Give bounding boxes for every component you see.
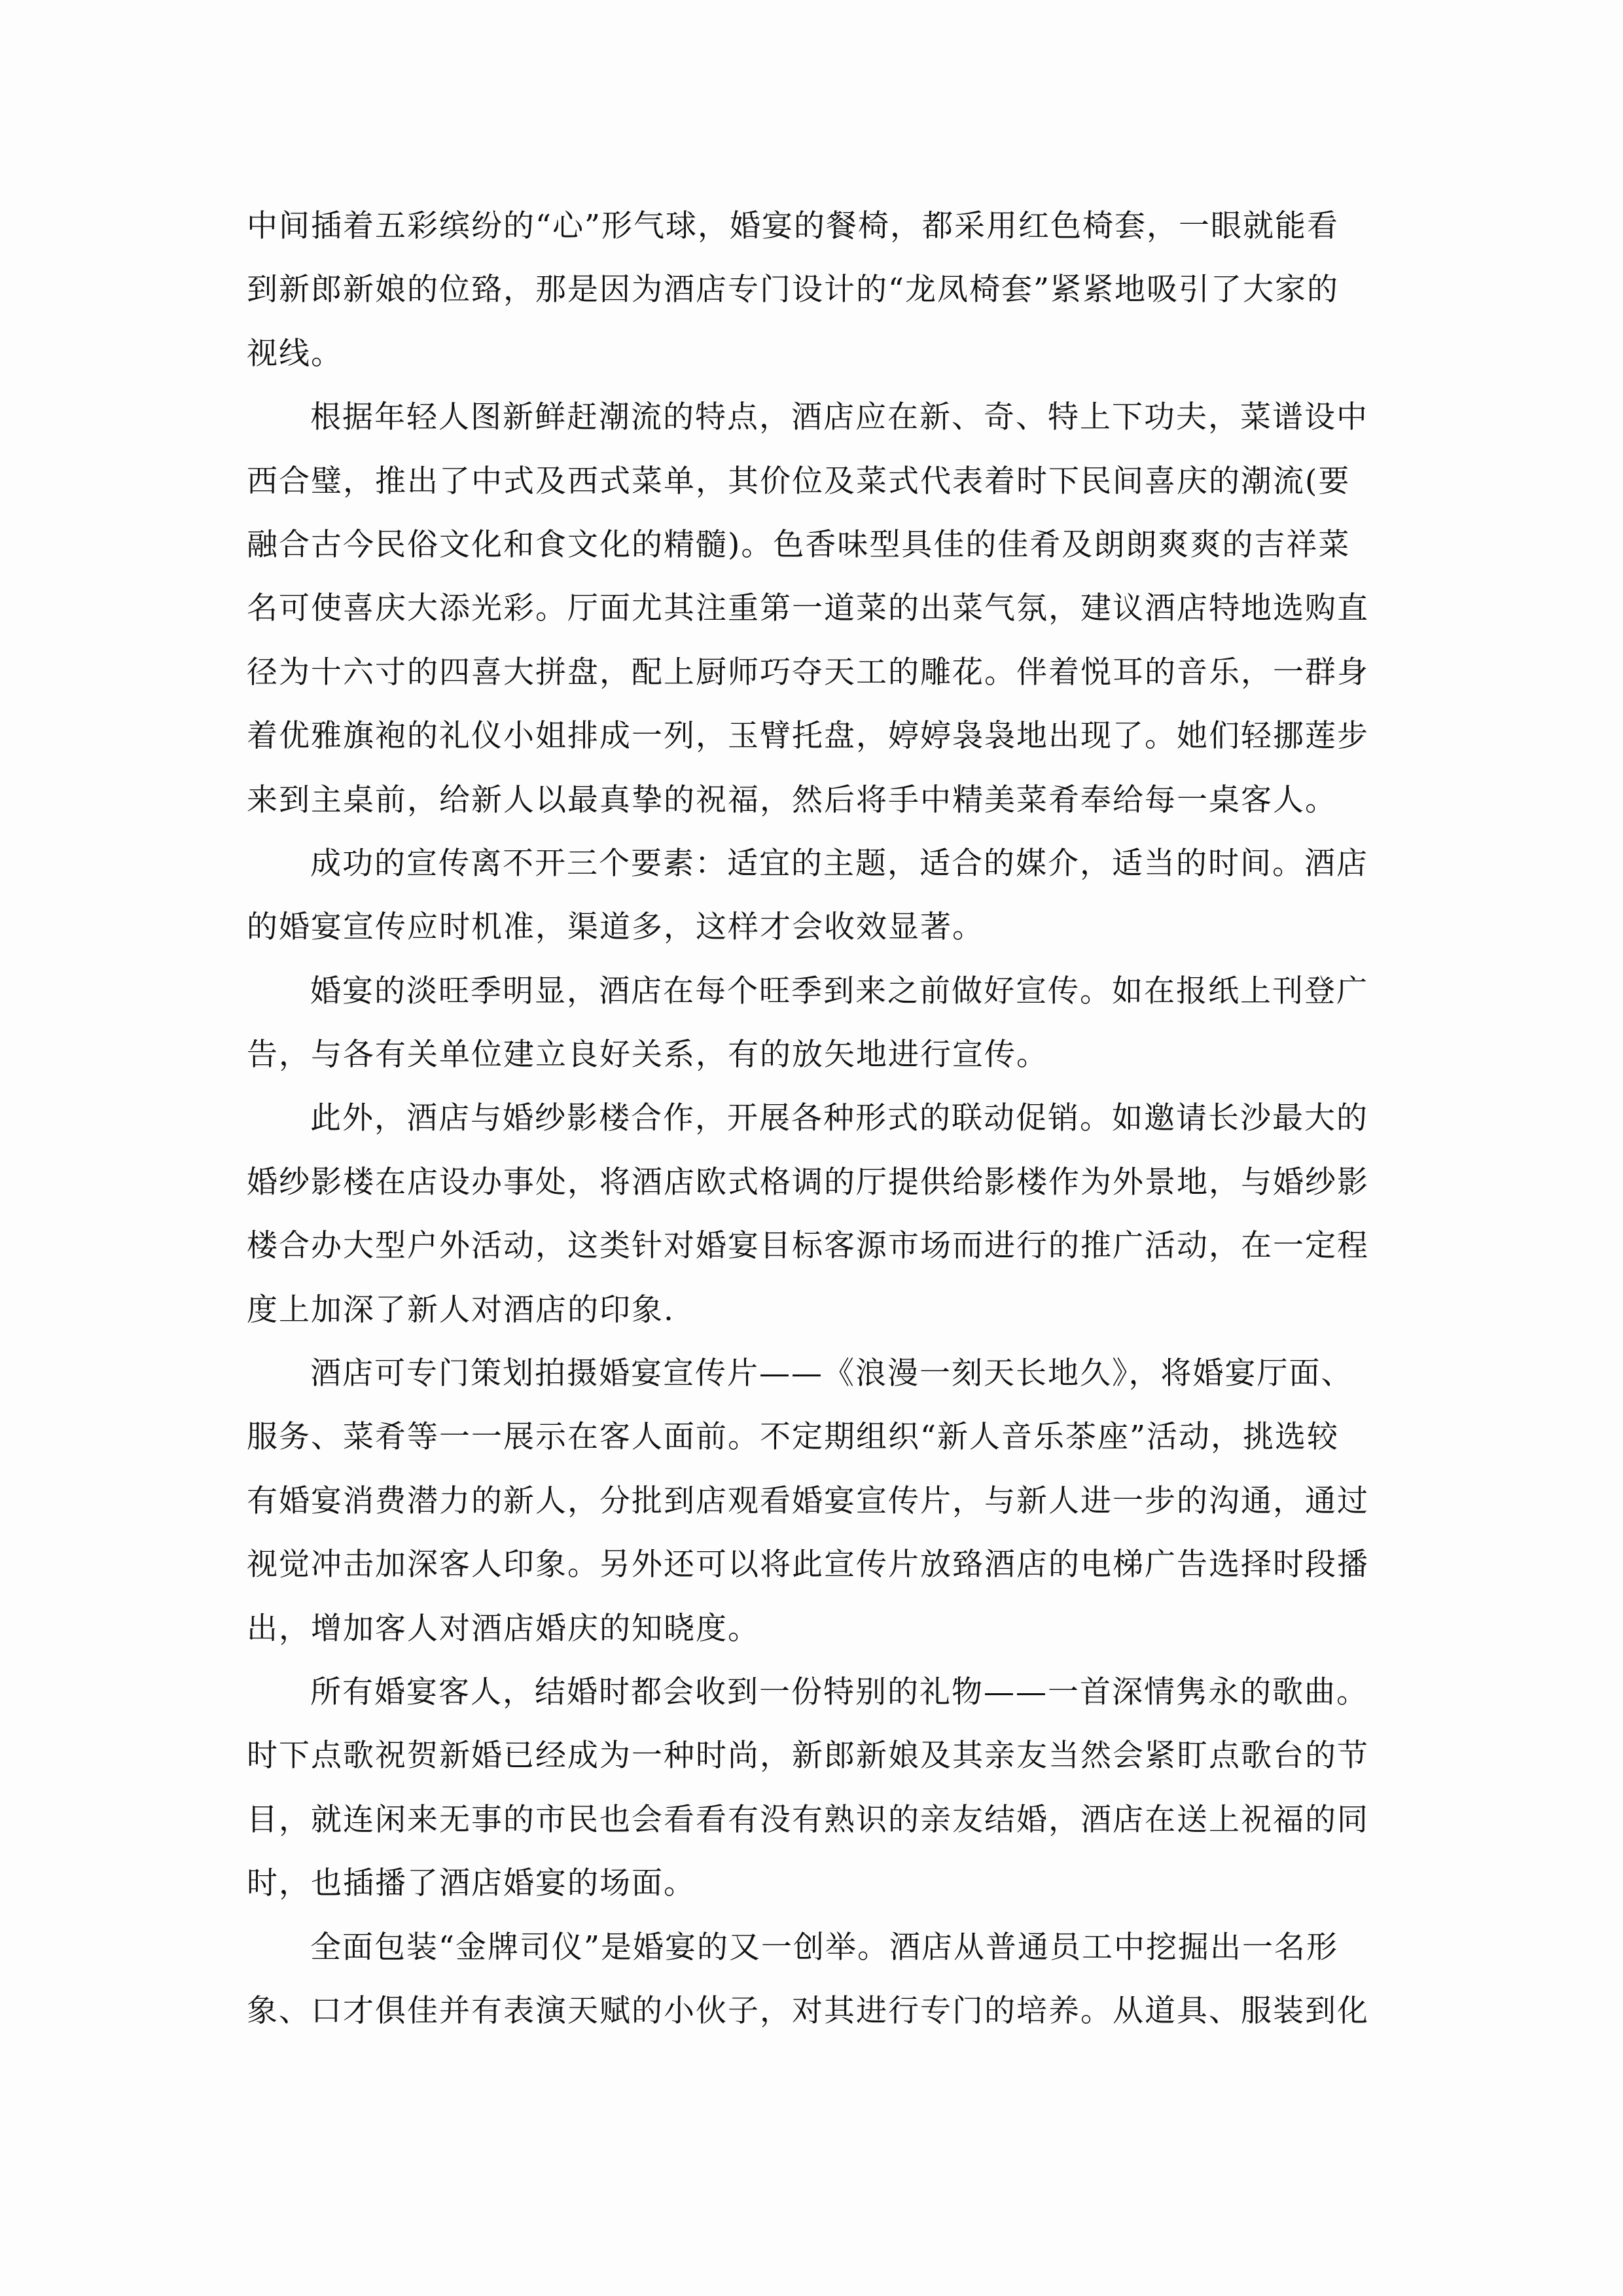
text-line: 出，增加客人对酒店婚庆的知晓度。 <box>247 1609 1379 1673</box>
text-line: 时下点歌祝贺新婚已经成为一种时尚，新郎新娘及其亲友当然会紧盯点歌台的节 <box>247 1736 1379 1800</box>
text-line: 来到主桌前，给新人以最真挚的祝福，然后将手中精美菜肴奉给每一桌客人。 <box>247 781 1379 844</box>
text-line: 度上加深了新人对酒店的印象. <box>247 1291 1379 1354</box>
text-line: 楼合办大型户外活动，这类针对婚宴目标客源市场而进行的推广活动，在一定程 <box>247 1227 1379 1290</box>
text-line: 全面包装“金牌司仪”是婚宴的又一创举。酒店从普通员工中挖掘出一名形 <box>247 1928 1379 1992</box>
text-line: 告，与各有关单位建立良好关系，有的放矢地进行宣传。 <box>247 1035 1379 1099</box>
text-line: 象、口才俱佳并有表演天赋的小伙子，对其进行专门的培养。从道具、服装到化 <box>247 1992 1379 2055</box>
text-line: 中间插着五彩缤纷的“心”形气球，婚宴的餐椅，都采用红色椅套，一眼就能看 <box>247 207 1379 270</box>
text-line: 到新郎新娘的位臵，那是因为酒店专门设计的“龙凤椅套”紧紧地吸引了大家的 <box>247 270 1379 334</box>
text-line: 酒店可专门策划拍摄婚宴宣传片——《浪漫一刻天长地久》，将婚宴厅面、 <box>247 1354 1379 1418</box>
text-line: 婚纱影楼在店设办事处，将酒店欧式格调的厅提供给影楼作为外景地，与婚纱影 <box>247 1163 1379 1227</box>
text-line: 婚宴的淡旺季明显，酒店在每个旺季到来之前做好宣传。如在报纸上刊登广 <box>247 972 1379 1035</box>
text-line: 视线。 <box>247 334 1379 398</box>
document-page: 中间插着五彩缤纷的“心”形气球，婚宴的餐椅，都采用红色椅套，一眼就能看 到新郎新… <box>0 0 1623 2296</box>
text-line: 名可使喜庆大添光彩。厅面尤其注重第一道菜的出菜气氛，建议酒店特地选购直 <box>247 589 1379 653</box>
text-line: 着优雅旗袍的礼仪小姐排成一列，玉臂托盘，婷婷袅袅地出现了。她们轻挪莲步 <box>247 717 1379 780</box>
text-line: 西合璧，推出了中式及西式菜单，其价位及菜式代表着时下民间喜庆的潮流(要 <box>247 462 1379 526</box>
text-line: 融合古今民俗文化和食文化的精髓)。色香味型具佳的佳肴及朗朗爽爽的吉祥菜 <box>247 526 1379 589</box>
text-line: 根据年轻人图新鲜赶潮流的特点，酒店应在新、奇、特上下功夫，菜谱设中 <box>247 398 1379 461</box>
text-line: 目，就连闲来无事的市民也会看看有没有熟识的亲友结婚，酒店在送上祝福的同 <box>247 1801 1379 1864</box>
text-line: 所有婚宴客人，结婚时都会收到一份特别的礼物——一首深情隽永的歌曲。 <box>247 1673 1379 1736</box>
body-text: 中间插着五彩缤纷的“心”形气球，婚宴的餐椅，都采用红色椅套，一眼就能看 到新郎新… <box>247 207 1379 2055</box>
text-line: 视觉冲击加深客人印象。另外还可以将此宣传片放臵酒店的电梯广告选择时段播 <box>247 1545 1379 1609</box>
text-line: 有婚宴消费潜力的新人，分批到店观看婚宴宣传片，与新人进一步的沟通，通过 <box>247 1482 1379 1545</box>
text-line: 服务、菜肴等一一展示在客人面前。不定期组织“新人音乐茶座”活动，挑选较 <box>247 1418 1379 1481</box>
text-line: 时，也插播了酒店婚宴的场面。 <box>247 1864 1379 1928</box>
text-line: 径为十六寸的四喜大拼盘，配上厨师巧夺天工的雕花。伴着悦耳的音乐，一群身 <box>247 653 1379 717</box>
text-line: 的婚宴宣传应时机准，渠道多，这样才会收效显著。 <box>247 908 1379 971</box>
text-line: 此外，酒店与婚纱影楼合作，开展各种形式的联动促销。如邀请长沙最大的 <box>247 1099 1379 1162</box>
text-line: 成功的宣传离不开三个要素：适宜的主题，适合的媒介，适当的时间。酒店 <box>247 844 1379 908</box>
